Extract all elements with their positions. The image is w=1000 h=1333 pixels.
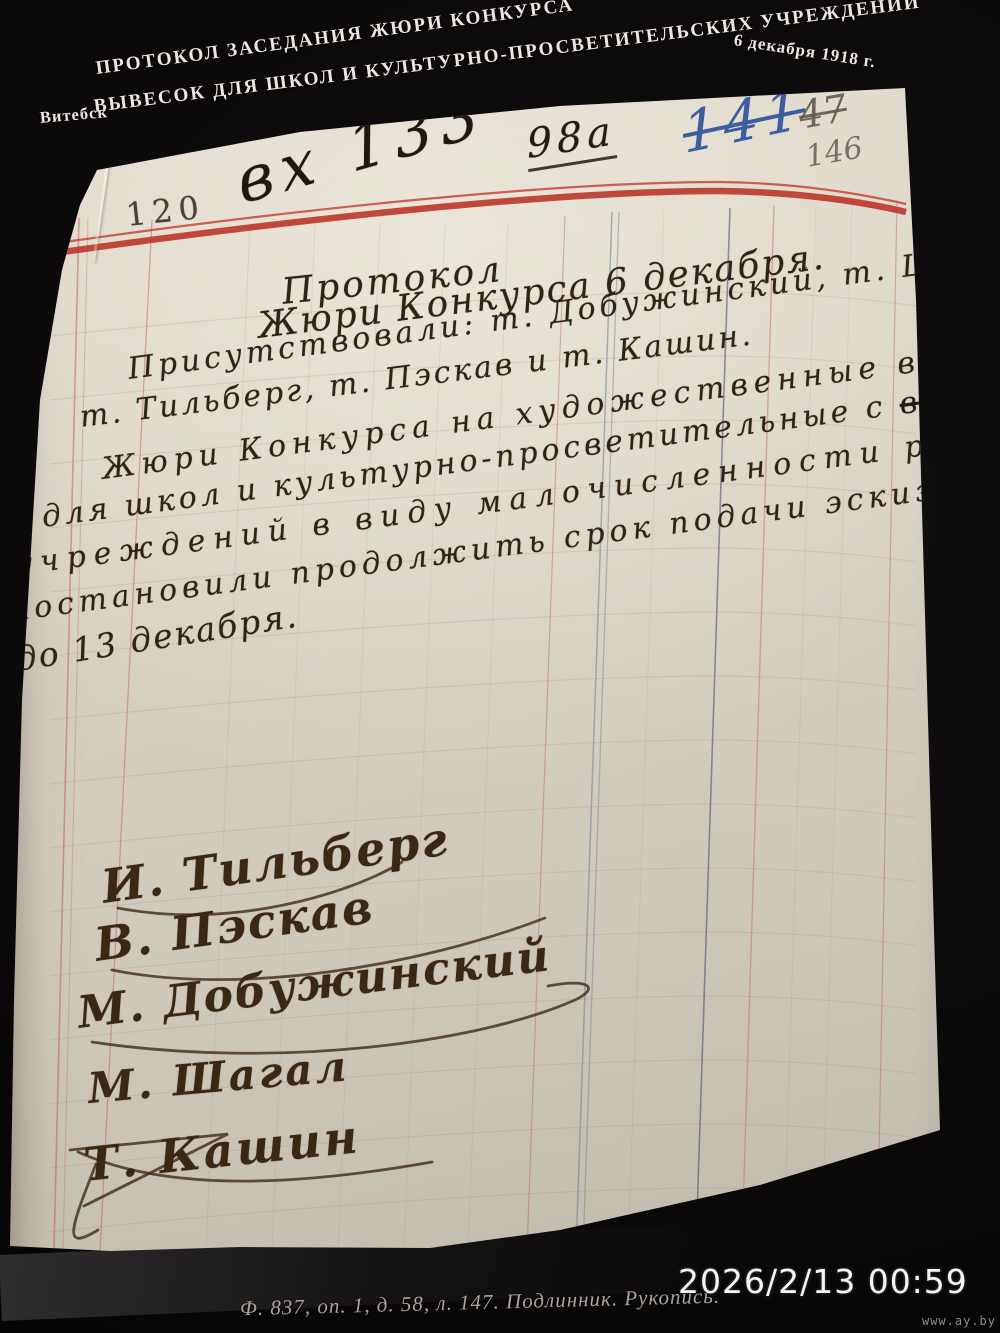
book-photo: ПРОТОКОЛ ЗАСЕДАНИЯ ЖЮРИ КОНКУРСА ВЫВЕСОК… [0,0,1000,1333]
header-city: Витебск [39,102,109,128]
camera-timestamp: 2026/2/13 00:59 [678,1262,968,1301]
pencil-crossed-number-mark: 47 [795,86,850,138]
header-date: 6 декабря 1918 г. [732,30,877,72]
archive-document-paper: 120 вх 133 98а 141 47 146 Протокол Жюри … [0,0,1000,1333]
site-watermark: www.ay.by [922,1314,996,1328]
